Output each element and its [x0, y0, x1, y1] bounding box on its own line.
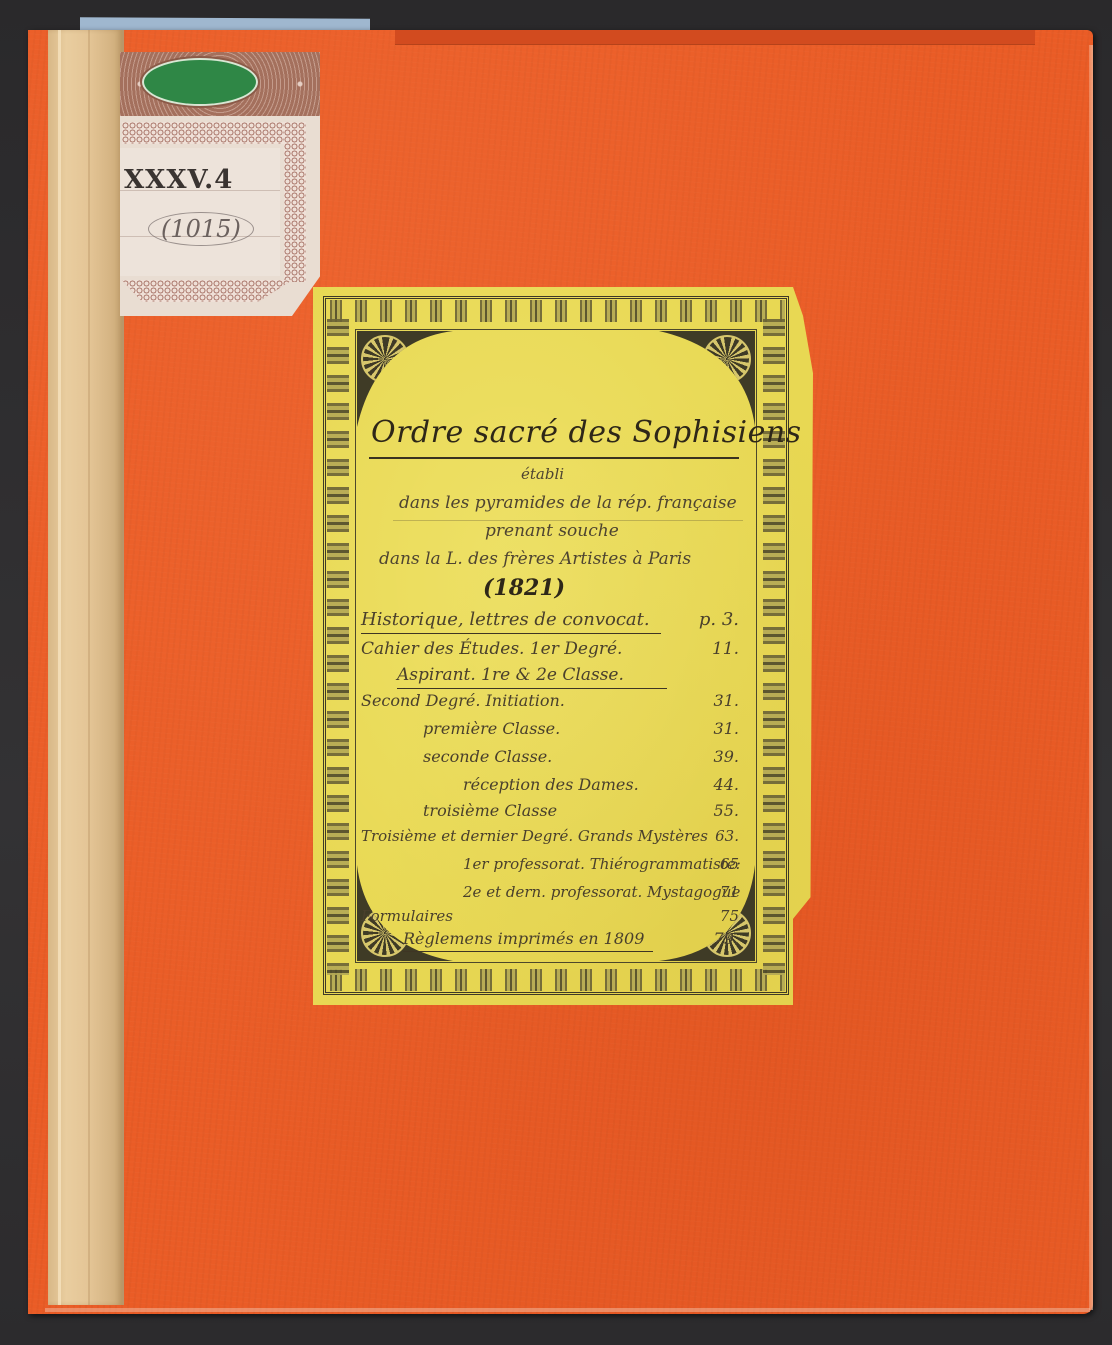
toc-entry-label: première Classe.	[423, 719, 560, 738]
toc-entry: Second Degré. Initiation.31.	[313, 691, 813, 717]
toc-entry-label: seconde Classe.	[423, 747, 552, 766]
toc-entry-label: Formulaires	[361, 907, 453, 925]
green-oval-emblem	[144, 60, 256, 104]
toc-entry-label: Aspirant. 1re & 2e Classe.	[397, 665, 624, 685]
shelfmark-label: XXXV.4 (1015)	[120, 52, 320, 316]
toc-entry-page: 63.	[715, 827, 739, 845]
cover-top-rim	[395, 30, 1035, 45]
toc-entry-label: Cahier des Études. 1er Degré.	[361, 639, 622, 659]
spine-binding-strip	[48, 30, 124, 1305]
toc-entry-page: 75	[720, 907, 739, 925]
subtitle-line: dans la L. des frères Artistes à Paris	[379, 549, 691, 569]
toc-entry-page: 44.	[714, 775, 739, 794]
toc-entry-label: réception des Dames.	[463, 775, 639, 794]
cover-bottom-edge	[45, 1308, 1090, 1312]
toc-underline	[403, 951, 653, 952]
toc-entry: Troisième et dernier Degré. Grands Mystè…	[313, 827, 813, 853]
toc-entry-page: 31.	[714, 719, 739, 738]
toc-entry-page: p. 3.	[699, 609, 739, 630]
toc-entry-label: troisième Classe	[423, 801, 557, 820]
tulip-border-top	[327, 300, 785, 322]
toc-entry: seconde Classe.39.	[313, 747, 813, 773]
toc-entry-label: Troisième et dernier Degré. Grands Mystè…	[361, 827, 708, 845]
toc-entry: 1er professorat. Thiérogrammatiste:65	[313, 855, 813, 881]
title-label: Ordre sacré des Sophisiens établi dans l…	[313, 287, 813, 1005]
toc-entry-label: Règlemens imprimés en 1809	[403, 929, 644, 948]
chain-border-right	[284, 122, 306, 282]
title-underline	[369, 457, 739, 459]
toc-entry-label: Second Degré. Initiation.	[361, 691, 565, 710]
shelfmark-code: XXXV.4	[124, 165, 233, 195]
toc-entry-page: 65	[720, 855, 739, 873]
manuscript-title: Ordre sacré des Sophisiens	[371, 415, 802, 450]
toc-entry-page: 31.	[714, 691, 739, 710]
toc-entry: Règlemens imprimés en 180979.	[313, 929, 813, 955]
shelfmark-number: (1015)	[148, 212, 254, 246]
toc-entry: première Classe.31.	[313, 719, 813, 745]
toc-underline	[361, 633, 661, 634]
shelfmark-ornament-header	[120, 52, 320, 116]
subtitle-line: prenant souche	[485, 521, 619, 541]
toc-entry: Cahier des Études. 1er Degré.11.	[313, 639, 813, 665]
date-line: (1821)	[483, 575, 565, 601]
toc-entry: troisième Classe55.	[313, 801, 813, 827]
toc-entry: Historique, lettres de convocat.p. 3.	[313, 609, 813, 635]
tulip-border-bottom	[327, 969, 785, 991]
toc-entry: réception des Dames.44.	[313, 775, 813, 801]
chain-border-top	[122, 122, 302, 144]
chain-border-bottom	[122, 280, 292, 302]
subtitle-line: dans les pyramides de la rép. française	[399, 493, 737, 513]
toc-entry-page: 39.	[714, 747, 739, 766]
toc-entry-page: 79.	[714, 929, 739, 948]
toc-entry-page: 71	[720, 883, 739, 901]
toc-entry-page: 55.	[714, 801, 739, 820]
toc-entry: 2e et dern. professorat. Mystagogue71	[313, 883, 813, 909]
toc-entry: Aspirant. 1re & 2e Classe.	[313, 665, 813, 691]
toc-entry-label: Historique, lettres de convocat.	[361, 609, 650, 630]
toc-entry-page: 11.	[712, 639, 739, 659]
toc-entry-label: 1er professorat. Thiérogrammatiste:	[463, 855, 741, 873]
toc-underline	[397, 688, 667, 689]
cover-right-edge	[1089, 45, 1093, 1310]
subtitle-line: établi	[521, 465, 564, 483]
toc-entry-label: 2e et dern. professorat. Mystagogue	[463, 883, 740, 901]
